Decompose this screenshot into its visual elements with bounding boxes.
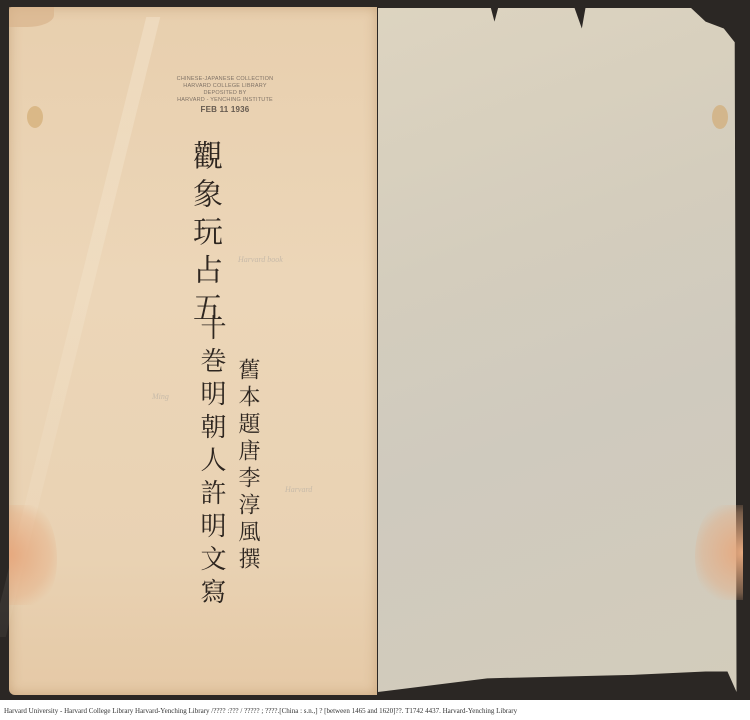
- binding-hole-right: [712, 105, 728, 129]
- right-page: [378, 8, 742, 692]
- author-column: 舊本題唐李淳風撰: [232, 358, 263, 574]
- pencil-note: Harvard book: [238, 255, 283, 264]
- water-stain-right: [695, 505, 743, 600]
- library-stamp: CHINESE-JAPANESE COLLECTION HARVARD COLL…: [165, 76, 285, 113]
- stamp-line: HARVARD COLLEGE LIBRARY: [165, 83, 285, 90]
- title-column-continued: 十巻明朝人許明文寫: [193, 314, 230, 611]
- pencil-note: Harvard: [285, 485, 312, 494]
- stamp-date: FEB 11 1936: [165, 106, 285, 113]
- stamp-line: DEPOSITED BY: [165, 90, 285, 97]
- title-column: 觀象玩占五: [188, 140, 220, 330]
- pencil-note: Ming: [152, 392, 169, 401]
- binding-hole-left: [27, 106, 43, 128]
- citation-caption: Harvard University - Harvard College Lib…: [4, 707, 517, 715]
- stamp-line: HARVARD - YENCHING INSTITUTE: [165, 97, 285, 104]
- stamp-line: CHINESE-JAPANESE COLLECTION: [165, 76, 285, 83]
- scanned-document-image: CHINESE-JAPANESE COLLECTION HARVARD COLL…: [0, 0, 750, 700]
